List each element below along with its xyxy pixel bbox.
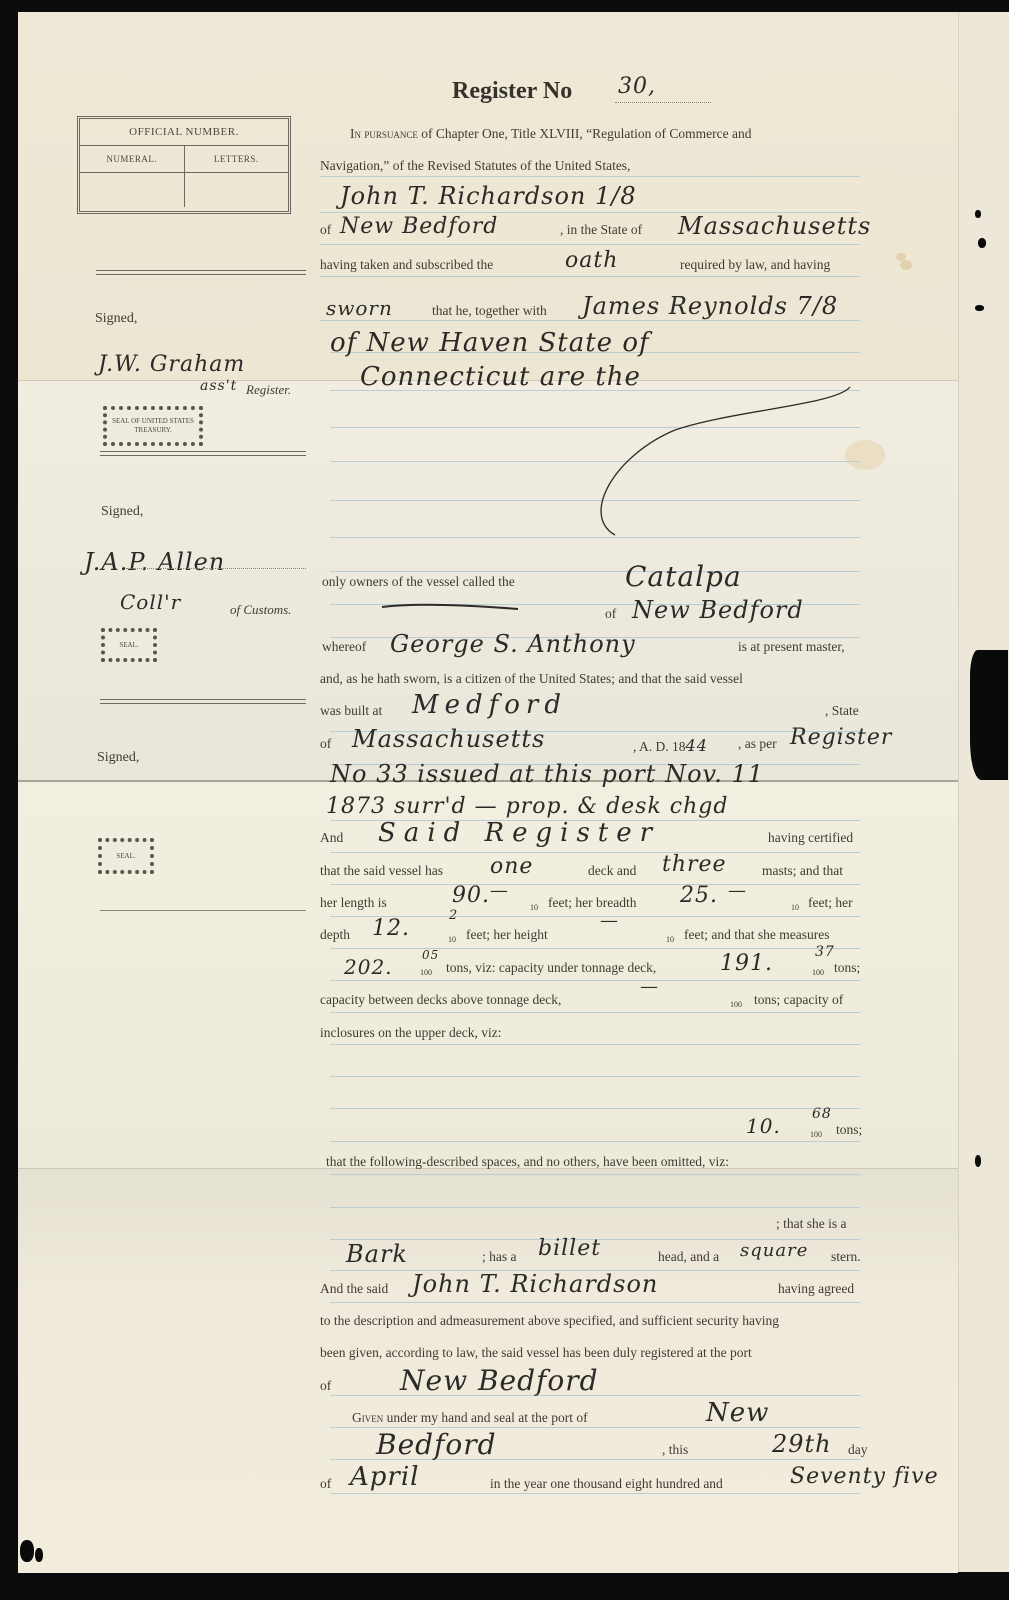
inclosures-tons-label: tons; [836,1122,862,1138]
form-line [320,176,860,177]
divider [100,451,306,456]
of-label-3: of [320,736,331,752]
dash-stroke [380,600,520,614]
description-line: to the description and admeasurement abo… [320,1313,779,1329]
seal-2: SEAL. [98,838,154,874]
year-label: in the year one thousand eight hundred a… [490,1476,723,1492]
this-label: , this [662,1442,688,1458]
rig-value: Bark [346,1240,408,1268]
ink-spot [978,238,986,248]
form-line [330,852,860,853]
ad-year: 44 [686,736,708,755]
in-state-label: , in the State of [560,222,642,238]
masts-value: three [662,852,727,877]
ink-spot [975,305,984,311]
having-certified-label: having certified [768,830,853,846]
letters-value [185,173,289,207]
feet-breadth-label: feet; her breadth [548,895,636,911]
head-label: head, and a [658,1249,719,1265]
vessel-port: New Bedford [632,596,804,624]
form-line [330,1108,860,1109]
sworn-value: sworn [326,296,393,320]
page-title: Register No [452,78,572,105]
breadth-denominator: 10 [791,903,799,912]
agreed-by: John T. Richardson [412,1270,658,1298]
signature-line [126,568,306,570]
form-line [330,1207,860,1208]
form-line [330,571,860,572]
inclosures-tons: 10. [746,1114,781,1138]
height-value: — [600,910,619,931]
built-at-value: Medford [412,690,567,720]
omitted-label: that the following-described spaces, and… [326,1154,729,1170]
ink-spot [20,1540,34,1562]
owner-city: New Bedford [340,214,498,239]
official-number-header: OFFICIAL NUMBER. [80,119,288,146]
form-line [320,276,860,277]
length-denominator: 10 [530,903,538,912]
and-label: And [320,830,343,846]
depth-fraction: 2 [449,908,458,923]
citizen-line: and, as he hath sworn, is a citizen of t… [320,671,743,687]
master-name: George S. Anthony [390,630,636,658]
intro-smallcaps: In pursuance [350,126,418,141]
flourish-stroke [585,375,865,545]
collector-title: of Customs. [230,602,291,618]
form-line [330,1302,860,1303]
treasury-seal: SEAL OF UNITED STATES TREASURY. [103,406,203,446]
letters-column-header: LETTERS. [185,146,289,172]
stern-value: square [740,1240,808,1261]
register-title-hand: ass't [200,378,237,394]
register-number: 30, [618,74,656,99]
signed-label-3: Signed, [97,750,139,766]
register-document [18,12,958,1572]
register-note-2: 1873 surr'd — prop. & desk chgd [326,794,728,819]
as-per-label: , as per [738,736,777,752]
having-taken-label: having taken and subscribed the [320,257,493,273]
form-line [330,1044,860,1045]
feet-her-label: feet; her [808,895,853,911]
height-denominator: 10 [666,935,674,944]
given-label: Given under my hand and seal at the port… [352,1410,588,1426]
of-label: of [320,222,331,238]
whereof-label: whereof [322,639,366,655]
given-port-2: Bedford [376,1428,497,1461]
decks-value: one [490,854,533,879]
collector-title-hand: Coll'r [120,590,181,614]
length-fraction: — [490,880,509,901]
form-line [330,1493,860,1494]
inclosures-label: inclosures on the upper deck, viz: [320,1025,501,1041]
vessel-name: Catalpa [625,560,742,593]
numeral-value [80,173,185,207]
breadth-fraction: — [728,880,747,901]
co-owner-line-2: of New Haven State of [330,328,650,358]
given-text: under my hand and seal at the port of [387,1410,588,1425]
inclosures-fraction: 68 [812,1106,832,1122]
ink-damage [970,650,1008,780]
intro-line-2: Navigation,” of the Revised Statutes of … [320,158,630,174]
oath-value: oath [565,248,618,273]
given-port-1: New [706,1398,769,1428]
masts-label: masts; and that [762,863,843,879]
state-label: , State [825,703,859,719]
divider [100,910,306,911]
length-label: her length is [320,895,387,911]
breadth-value: 25. [680,883,718,908]
owner-name: John T. Richardson 1/8 [340,182,637,210]
depth-denominator: 10 [448,935,456,944]
ad-label: , A. D. 1844 [633,736,708,755]
form-line [330,980,860,981]
owner-state: Massachusetts [678,212,871,240]
tons-under-deck: 191. [720,951,773,976]
form-line [320,320,860,321]
signed-label-1: Signed, [95,311,137,327]
having-agreed-label: having agreed [778,1281,854,1297]
built-at-label: was built at [320,703,382,719]
tons-total: 202. [344,955,393,979]
divider [96,270,306,275]
collector-signature: J.A.P. Allen [84,548,225,576]
given-smallcaps: Given [352,1410,383,1425]
ink-spot [975,210,981,218]
tons-under-deck-denominator: 100 [812,968,824,977]
between-decks-value: — [640,976,659,997]
of-label-5: of [320,1476,331,1492]
together-label: that he, together with [432,303,547,319]
ink-spot [975,1155,981,1167]
of-label-2: of [605,606,616,622]
depth-value: 12. [372,916,410,941]
given-line: been given, according to law, the said v… [320,1345,752,1361]
tons-total-fraction: 05 [422,948,439,962]
day-value: 29th [772,1430,832,1458]
form-line [330,884,860,885]
head-value: billet [538,1236,601,1261]
intro-line-1: In pursuance of Chapter One, Title XLVII… [350,126,751,142]
between-decks-label: capacity between decks above tonnage dec… [320,992,561,1008]
registered-port: New Bedford [400,1364,599,1397]
of-label-4: of [320,1378,331,1394]
ink-spot [35,1548,43,1562]
register-signature: J.W. Graham [98,352,245,377]
form-line [330,948,860,949]
tons-total-denominator: 100 [420,968,432,977]
deck-label: deck and [588,863,636,879]
month-value: April [350,1462,419,1492]
form-line [330,1141,860,1142]
form-line [330,1174,860,1175]
form-line [320,244,860,245]
title-underline [615,102,711,104]
signed-label-2: Signed, [101,504,143,520]
form-line [330,1012,860,1013]
ad-label-text: , A. D. 18 [633,739,686,754]
tons-label: tons; [834,960,860,976]
register-title: Register. [246,382,291,398]
register-note-1: No 33 issued at this port Nov. 11 [330,760,764,788]
certified-by: Said Register [378,818,660,848]
depth-label: depth [320,927,350,943]
form-line [330,1076,860,1077]
between-decks-denominator: 100 [730,1000,742,1009]
master-label: is at present master, [738,639,845,655]
divider [100,699,306,704]
intro-text: of Chapter One, Title XLVIII, “Regulatio… [421,126,751,141]
co-owner: James Reynolds 7/8 [582,292,838,320]
built-state: Massachusetts [352,725,545,753]
deck-prefix: that the said vessel has [320,863,443,879]
inclosures-denominator: 100 [810,1130,822,1139]
length-value: 90. [452,883,490,908]
day-label: day [848,1442,868,1458]
stern-label: stern. [831,1249,861,1265]
feet-measures-label: feet; and that she measures [684,927,829,943]
tons-viz-label: tons, viz: capacity under tonnage deck, [446,960,656,976]
year-value: Seventy five [790,1464,939,1489]
required-label: required by law, and having [680,257,830,273]
tons-under-deck-fraction: 37 [815,944,835,960]
has-a-label: ; has a [482,1249,517,1265]
and-the-said-label: And the said [320,1281,388,1297]
as-per-value: Register [790,725,892,750]
that-she-is-label: ; that she is a [776,1216,847,1232]
stain [900,260,912,270]
numeral-column-header: NUMERAL. [80,146,185,172]
tons-capacity-label: tons; capacity of [754,992,843,1008]
only-owner-label: only owners of the vessel called the [322,574,515,590]
feet-height-label: feet; her height [466,927,548,943]
seal-1: SEAL. [101,628,157,662]
official-number-box: OFFICIAL NUMBER. NUMERAL. LETTERS. [77,116,291,214]
